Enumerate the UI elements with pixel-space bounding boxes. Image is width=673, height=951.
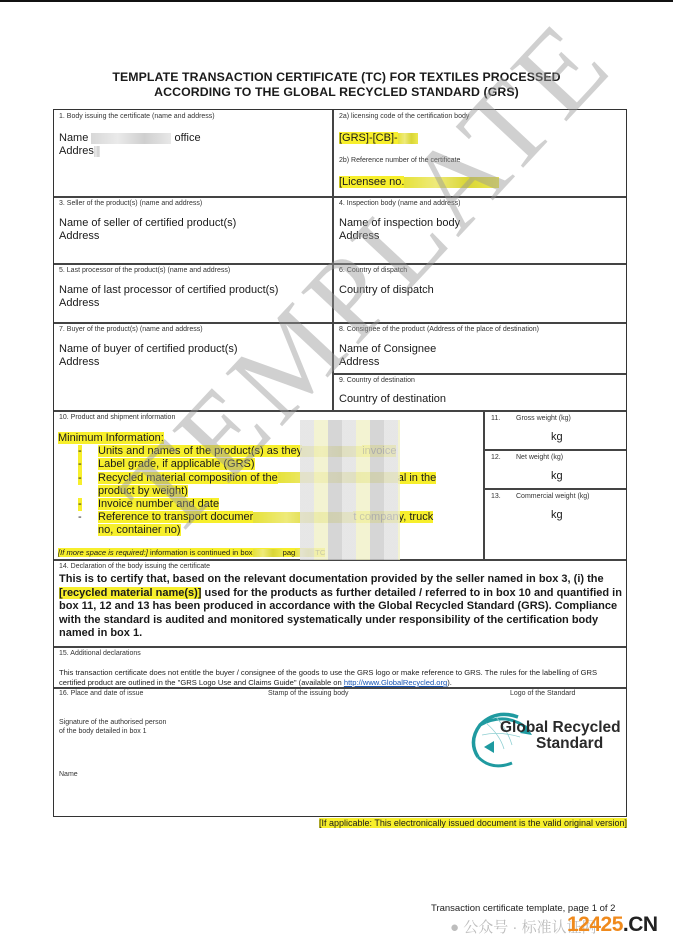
box-6-label: 6. Country of dispatch xyxy=(339,267,407,274)
box-8-consignee: 8. Consignee of the product (Address of … xyxy=(334,324,626,373)
declaration-text: This is to certify that, based on the re… xyxy=(59,573,625,641)
minimum-information-heading: Minimum Information: xyxy=(58,432,164,444)
box-6-value: Country of dispatch xyxy=(339,284,434,297)
box-8-name: Name of Consignee xyxy=(339,343,436,356)
signature-label-1: Signature of the authorised person xyxy=(59,719,166,726)
redacted-region xyxy=(300,420,400,560)
box-1-name: Name office xyxy=(59,132,201,145)
electronic-original-note: [If applicable: This electronically issu… xyxy=(319,818,627,828)
name-label: Name xyxy=(59,771,78,778)
box-5-address: Address xyxy=(59,297,99,310)
box-8-label: 8. Consignee of the product (Address of … xyxy=(339,326,539,333)
box-5-name: Name of last processor of certified prod… xyxy=(59,284,278,297)
box-12-unit: kg xyxy=(551,470,563,483)
box-13-label: Commercial weight (kg) xyxy=(516,493,590,500)
grs-logo: Global Recycled Standard xyxy=(466,705,626,775)
stamp-label: Stamp of the issuing body xyxy=(268,690,349,697)
box-1-address: Addres xyxy=(59,145,100,158)
document-title: TEMPLATE TRANSACTION CERTIFICATE (TC) FO… xyxy=(0,70,673,100)
box-9-label: 9. Country of destination xyxy=(339,377,415,384)
box-3-label: 3. Seller of the product(s) (name and ad… xyxy=(59,200,202,207)
box-4-label: 4. Inspection body (name and address) xyxy=(339,200,460,207)
box-16-label: 16. Place and date of issue xyxy=(59,690,143,697)
box-15-additional-declarations: 15. Additional declarations This transac… xyxy=(54,648,626,687)
box-2a-value: [GRS]-[CB]- xyxy=(339,132,418,145)
box-8-address: Address xyxy=(339,356,379,369)
site-watermark: 12425.CN xyxy=(567,913,658,937)
globalrecycled-link[interactable]: http://www.GlobalRecycled.org xyxy=(344,678,447,687)
box-11-label: Gross weight (kg) xyxy=(516,415,571,422)
box-5-last-processor: 5. Last processor of the product(s) (nam… xyxy=(54,265,332,322)
logo-text-line-2: Standard xyxy=(536,735,603,753)
box-7-buyer: 7. Buyer of the product(s) (name and add… xyxy=(54,324,332,410)
logo-label: Logo of the Standard xyxy=(510,690,575,697)
box-10-label: 10. Product and shipment information xyxy=(59,414,175,421)
title-line-1: TEMPLATE TRANSACTION CERTIFICATE (TC) FO… xyxy=(0,70,673,85)
box-14-declaration: 14. Declaration of the body issuing the … xyxy=(54,561,626,646)
box-7-name: Name of buyer of certified product(s) xyxy=(59,343,238,356)
redacted-block xyxy=(398,133,418,144)
box-2b-label: 2b) Reference number of the certificate xyxy=(339,157,460,164)
box-2a-label: 2a) licensing code of the certification … xyxy=(339,113,469,120)
box-7-address: Address xyxy=(59,356,99,369)
wechat-icon: ● xyxy=(450,919,459,936)
box-1-issuing-body: 1. Body issuing the certificate (name an… xyxy=(54,110,332,196)
box-6-country-of-dispatch: 6. Country of dispatch Country of dispat… xyxy=(334,265,626,322)
box-7-label: 7. Buyer of the product(s) (name and add… xyxy=(59,326,203,333)
box-1-label: 1. Body issuing the certificate (name an… xyxy=(59,113,215,120)
box-9-country-of-destination: 9. Country of destination Country of des… xyxy=(334,375,626,410)
box-15-label: 15. Additional declarations xyxy=(59,650,141,657)
box-11-unit: kg xyxy=(551,431,563,444)
box-2-licensing: 2a) licensing code of the certification … xyxy=(334,110,626,196)
box-14-label: 14. Declaration of the body issuing the … xyxy=(59,563,210,570)
redacted-block xyxy=(404,177,499,188)
box-16-issue: 16. Place and date of issue Stamp of the… xyxy=(54,689,626,816)
box-12-label: Net weight (kg) xyxy=(516,454,563,461)
redacted-block xyxy=(91,133,171,144)
box-13-commercial-weight: 13. Commercial weight (kg) kg xyxy=(485,490,626,559)
box-4-inspection-body: 4. Inspection body (name and address) Na… xyxy=(334,198,626,263)
top-border xyxy=(0,0,673,2)
title-line-2: ACCORDING TO THE GLOBAL RECYCLED STANDAR… xyxy=(0,85,673,100)
box-9-value: Country of destination xyxy=(339,393,446,406)
box-10-product-shipment: 10. Product and shipment information Min… xyxy=(54,412,483,559)
redacted-block xyxy=(94,146,100,157)
box-4-name: Name of inspection body xyxy=(339,217,460,230)
box-5-label: 5. Last processor of the product(s) (nam… xyxy=(59,267,230,274)
box-10-continuation-note: [If more space is required:] information… xyxy=(58,548,325,557)
box-15-text: This transaction certificate does not en… xyxy=(59,668,625,688)
box-3-name: Name of seller of certified product(s) xyxy=(59,217,236,230)
box-2b-value: [Licensee no. xyxy=(339,176,499,189)
box-13-unit: kg xyxy=(551,509,563,522)
box-11-gross-weight: 11. Gross weight (kg) kg xyxy=(485,412,626,449)
box-3-seller: 3. Seller of the product(s) (name and ad… xyxy=(54,198,332,263)
box-3-address: Address xyxy=(59,230,99,243)
signature-label-2: of the body detailed in box 1 xyxy=(59,728,147,735)
box-4-address: Address xyxy=(339,230,379,243)
box-12-net-weight: 12. Net weight (kg) kg xyxy=(485,451,626,488)
